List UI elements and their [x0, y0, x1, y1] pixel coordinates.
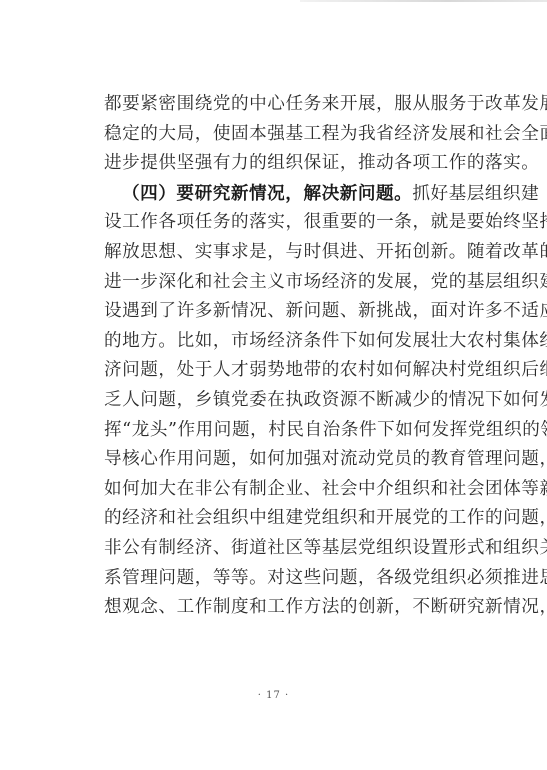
text-line: 都要紧密围绕党的中心任务来开展，服从服务于改革发展: [104, 90, 464, 120]
paragraph-2: （四）要研究新情况，解决新问题。抓好基层组织建 设工作各项任务的落实，很重要的一…: [104, 179, 464, 623]
text-line: 进一步深化和社会主义市场经济的发展，党的基层组织建: [104, 268, 464, 298]
text-line: 系管理问题，等等。对这些问题，各级党组织必须推进思: [104, 564, 464, 594]
text-line: 非公有制经济、街道社区等基层党组织设置形式和组织关: [104, 534, 464, 564]
text-line: 挥“龙头”作用问题，村民自治条件下如何发挥党组织的领: [104, 416, 464, 446]
text-line: 解放思想、实事求是，与时俱进、开拓创新。随着改革的: [104, 238, 464, 268]
text-run: 抓好基层组织建: [412, 184, 539, 204]
text-line: 设遇到了许多新情况、新问题、新挑战，面对许多不适应: [104, 297, 464, 327]
section-heading: （四）要研究新情况，解决新问题。: [122, 183, 412, 204]
text-line: 如何加大在非公有制企业、社会中介组织和社会团体等新: [104, 475, 464, 505]
text-line: 稳定的大局，使固本强基工程为我省经济发展和社会全面: [104, 120, 464, 150]
scan-edge-artifact: [300, 0, 547, 2]
text-line: 进步提供坚强有力的组织保证，推动各项工作的落实。: [104, 149, 464, 179]
document-body: 都要紧密围绕党的中心任务来开展，服从服务于改革发展 稳定的大局，使固本强基工程为…: [104, 90, 464, 623]
text-line: 的地方。比如，市场经济条件下如何发展壮大农村集体经: [104, 327, 464, 357]
text-line: 导核心作用问题，如何加强对流动党员的教育管理问题，: [104, 445, 464, 475]
text-line-first: （四）要研究新情况，解决新问题。抓好基层组织建: [104, 179, 464, 209]
page-number: · 17 ·: [0, 690, 547, 701]
text-line: 的经济和社会组织中组建党组织和开展党的工作的问题，: [104, 504, 464, 534]
paragraph-1: 都要紧密围绕党的中心任务来开展，服从服务于改革发展 稳定的大局，使固本强基工程为…: [104, 90, 464, 179]
text-line: 乏人问题，乡镇党委在执政资源不断减少的情况下如何发: [104, 386, 464, 416]
text-line: 想观念、工作制度和工作方法的创新，不断研究新情况，: [104, 593, 464, 623]
text-line: 济问题，处于人才弱势地带的农村如何解决村党组织后继: [104, 356, 464, 386]
text-line: 设工作各项任务的落实，很重要的一条，就是要始终坚持: [104, 208, 464, 238]
